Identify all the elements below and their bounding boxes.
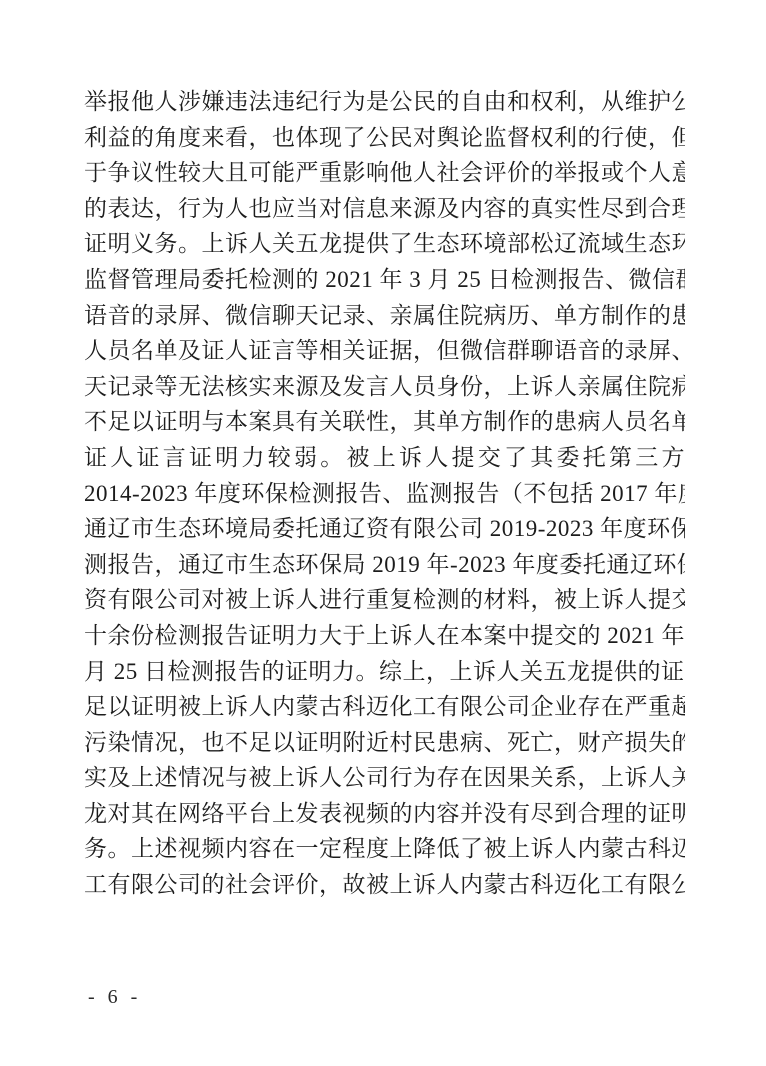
body-text-line: 工有限公司的社会评价，故被上诉人内蒙古科迈化工有限公司 [84, 867, 685, 903]
body-text-line: 于争议性较大且可能严重影响他人社会评价的举报或个人意见 [84, 155, 685, 191]
body-text-line: 不足以证明与本案具有关联性，其单方制作的患病人员名单及 [84, 404, 685, 440]
page-number: - 6 - [88, 986, 141, 1009]
body-text-line: 利益的角度来看，也体现了公民对舆论监督权利的行使，但对 [84, 120, 685, 156]
body-text-line: 天记录等无法核实来源及发言人员身份，上诉人亲属住院病历 [84, 369, 685, 405]
body-text-line: 监督管理局委托检测的 2021 年 3 月 25 日检测报告、微信群聊 [84, 262, 685, 298]
body-text-line: 人员名单及证人证言等相关证据，但微信群聊语音的录屏、聊 [84, 333, 685, 369]
body-text-line: 实及上述情况与被上诉人公司行为存在因果关系，上诉人关五 [84, 760, 685, 796]
body-text-block: 举报他人涉嫌违法违纪行为是公民的自由和权利，从维护公共 利益的角度来看，也体现了… [84, 84, 685, 903]
body-text-line: 通辽市生态环境局委托通辽资有限公司 2019-2023 年度环保检 [84, 511, 685, 547]
body-text-line: 测报告，通辽市生态环保局 2019 年-2023 年度委托通辽环保投 [84, 547, 685, 583]
body-text-line: 语音的录屏、微信聊天记录、亲属住院病历、单方制作的患病 [84, 298, 685, 334]
body-text-line: 十余份检测报告证明力大于上诉人在本案中提交的 2021 年 3 [84, 618, 685, 654]
body-text-line: 资有限公司对被上诉人进行重复检测的材料，被上诉人提交的 [84, 582, 685, 618]
body-text-line: 龙对其在网络平台上发表视频的内容并没有尽到合理的证明义 [84, 796, 685, 832]
body-text-line: 污染情况，也不足以证明附近村民患病、死亡，财产损失的事 [84, 725, 685, 761]
body-text-line: 月 25 日检测报告的证明力。综上，上诉人关五龙提供的证据不 [84, 654, 685, 690]
body-text-line: 足以证明被上诉人内蒙古科迈化工有限公司企业存在严重超标 [84, 689, 685, 725]
body-text-line: 务。上述视频内容在一定程度上降低了被上诉人内蒙古科迈化 [84, 831, 685, 867]
body-text-line: 证人证言证明力较弱。被上诉人提交了其委托第三方 [84, 440, 685, 476]
body-text-line: 举报他人涉嫌违法违纪行为是公民的自由和权利，从维护公共 [84, 84, 685, 120]
body-text-line: 的表达，行为人也应当对信息来源及内容的真实性尽到合理的 [84, 191, 685, 227]
body-text-line: 2014-2023 年度环保检测报告、监测报告（不包括 2017 年度）， [84, 476, 685, 512]
document-page: 举报他人涉嫌违法违纪行为是公民的自由和权利，从维护公共 利益的角度来看，也体现了… [0, 0, 766, 1066]
body-text-line: 证明义务。上诉人关五龙提供了生态环境部松辽流域生态环境 [84, 226, 685, 262]
